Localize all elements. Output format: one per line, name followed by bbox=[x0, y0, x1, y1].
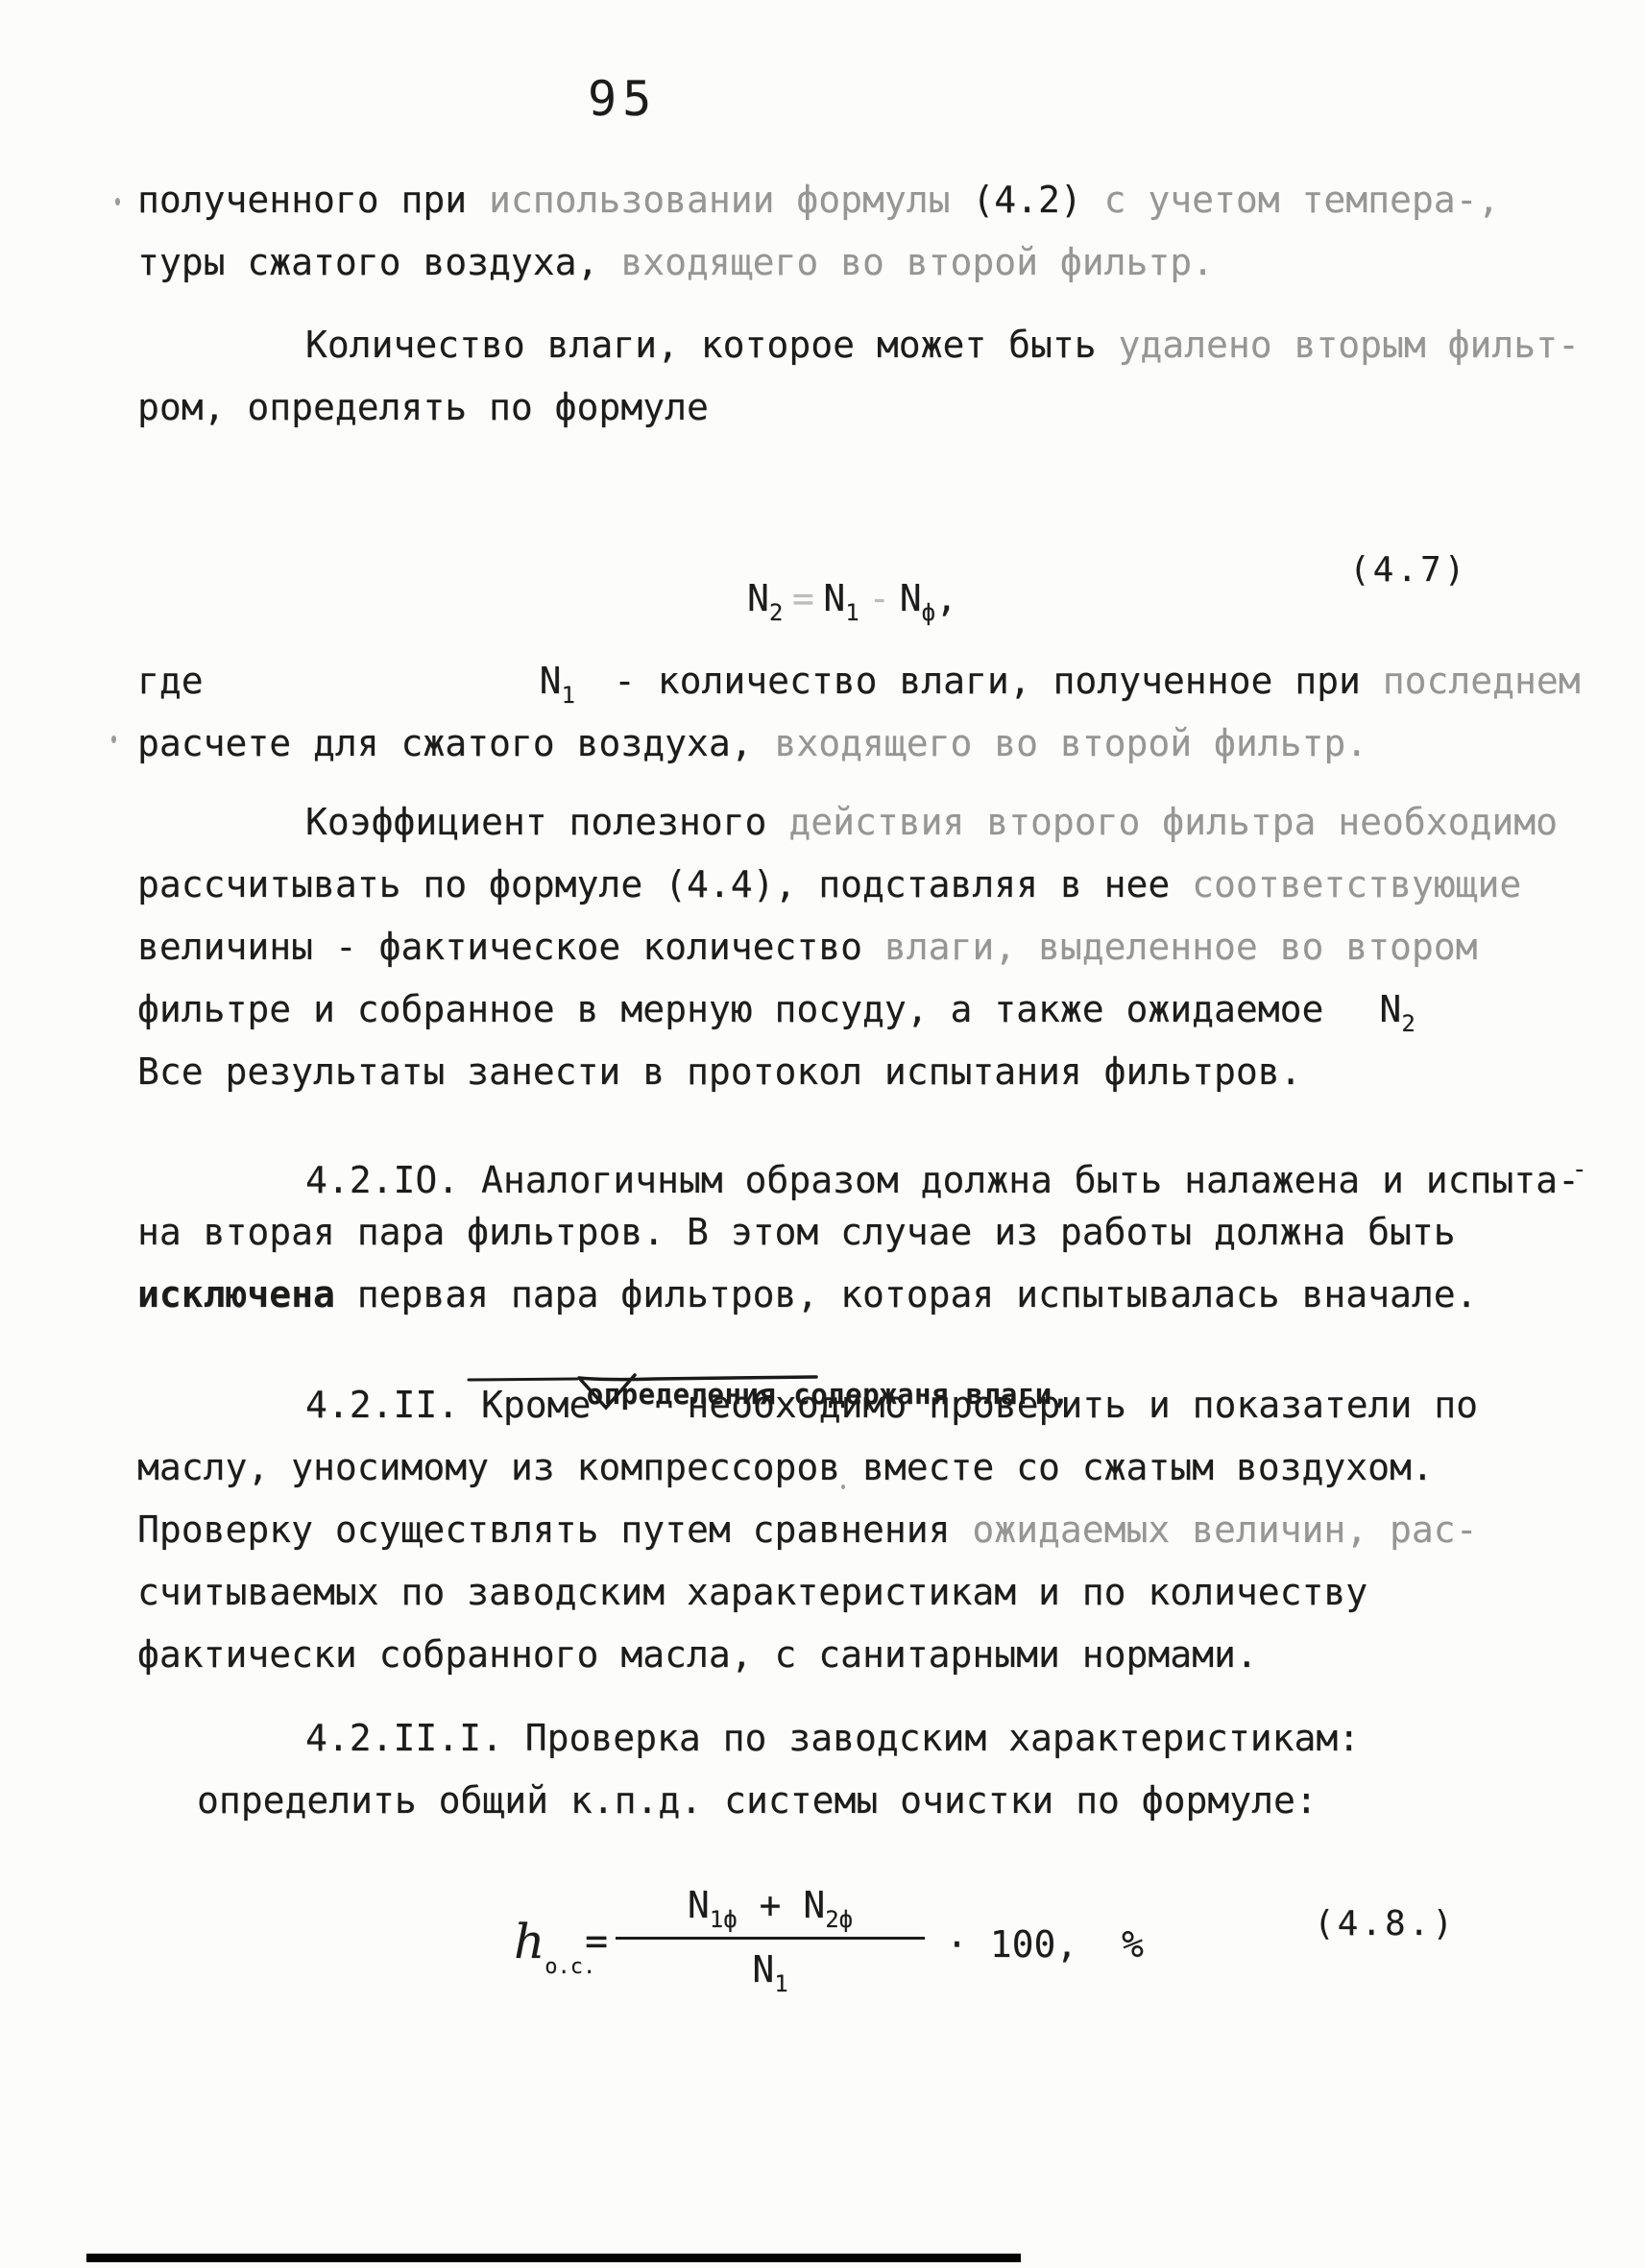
text-line: величины - фактическое количество влаги,… bbox=[137, 925, 1645, 987]
formula-4-7: N2=N1-Nф, (4.7) bbox=[137, 529, 1645, 639]
text-line: фильтре и собранное в мерную посуду, а т… bbox=[137, 987, 1645, 1050]
paragraph: Количество влаги, которое может быть уда… bbox=[137, 323, 1645, 447]
text-segment: N bbox=[540, 660, 562, 702]
scanned-document-page: 95 полученного при использовании формулы… bbox=[0, 0, 1645, 2268]
text-segment: 2 bbox=[1401, 1010, 1415, 1037]
text-segment: Коэффициент полезного bbox=[305, 801, 788, 843]
equation-number-4-7: (4.7) bbox=[1349, 550, 1467, 590]
text-segment: ром, определять по формуле bbox=[137, 386, 709, 428]
paragraph: Коэффициент полезного действия второго ф… bbox=[137, 800, 1645, 1112]
text-line: определить общий к.п.д. системы очистки … bbox=[137, 1778, 1645, 1841]
scan-speck bbox=[115, 198, 120, 205]
text-segment: считываемых по заводским характеристикам… bbox=[137, 1571, 1367, 1613]
text-segment: маслу, уносимому из компрессоров вместе … bbox=[137, 1446, 1434, 1488]
text-segment: Количество влаги, которое может быть bbox=[305, 324, 1118, 366]
equation-number-4-8: (4.8.) bbox=[1314, 1904, 1456, 1943]
text-segment: использовании формулы bbox=[489, 179, 950, 221]
text-line: Коэффициент полезного действия второго ф… bbox=[137, 800, 1645, 862]
text-line: считываемых по заводским характеристикам… bbox=[137, 1570, 1645, 1632]
formula-4-7-expression: N2=N1-Nф, bbox=[571, 535, 957, 668]
text-line: туры сжатого воздуха, входящего во второ… bbox=[137, 240, 1645, 302]
minus-sign: - bbox=[859, 577, 900, 619]
text-segment: удалено вторым фильт- bbox=[1118, 324, 1579, 366]
text-segment: определить общий к.п.д. системы очистки … bbox=[197, 1779, 1318, 1822]
term-n2: N bbox=[747, 577, 769, 619]
text-line: фактически собранного масла, с санитарны… bbox=[137, 1632, 1645, 1695]
text-segment: входящего во второй фильтр. bbox=[774, 722, 1367, 764]
text-segment: 4.2.IO. Аналогичным образом должна быть … bbox=[305, 1159, 1580, 1201]
paragraph: 4.2.II. Кроменеобходимо проверить и пока… bbox=[137, 1383, 1645, 1695]
fraction-denominator: N1 bbox=[616, 1940, 925, 2014]
scan-speck bbox=[841, 1484, 845, 1489]
text-segment: - bbox=[1572, 1155, 1587, 1184]
efficiency-symbol: hо.с. bbox=[514, 1918, 595, 1991]
text-segment: величины - фактическое количество bbox=[137, 926, 884, 968]
text-segment: , bbox=[1478, 179, 1500, 221]
text-line: 4.2.II.I. Проверка по заводским характер… bbox=[137, 1716, 1645, 1778]
term-nf: N bbox=[900, 577, 922, 619]
equals-sign: = bbox=[783, 577, 823, 619]
text-segment: Проверку осуществлять путем сравнения bbox=[137, 1508, 972, 1551]
handwritten-insert-note: определения содержаня влаги, bbox=[483, 1342, 1645, 1385]
text-line: 4.2.IO. Аналогичным образом должна быть … bbox=[137, 1147, 1645, 1210]
text-segment: влаги, выделенное во втором bbox=[884, 926, 1478, 968]
text-segment: первая пара фильтров, которая испытывала… bbox=[335, 1273, 1478, 1315]
text-segment: расчете для сжатого воздуха, bbox=[137, 722, 774, 764]
text-segment: входящего во второй фильтр. bbox=[620, 241, 1214, 283]
fraction: N1ф + N2ф N1 bbox=[616, 1879, 925, 2014]
text-segment: последнем bbox=[1383, 660, 1581, 702]
text-segment: рассчитывать по формуле (4.4), подставля… bbox=[137, 863, 1192, 905]
text-line: полученного при использовании формулы (4… bbox=[137, 178, 1645, 240]
text-segment: (4.2) bbox=[950, 179, 1103, 221]
scan-speck bbox=[111, 736, 116, 743]
fraction-numerator: N1ф + N2ф bbox=[616, 1879, 925, 1937]
document-body: полученного при использовании формулы (4… bbox=[137, 0, 1645, 2038]
text-segment: 1 bbox=[562, 682, 575, 709]
paragraph: гдеN1- количество влаги, полученное при … bbox=[137, 659, 1645, 784]
text-segment: действия второго фильтра необходимо bbox=[788, 801, 1558, 843]
text-line: маслу, уносимому из компрессоров вместе … bbox=[137, 1445, 1645, 1508]
text-line: Проверку осуществлять путем сравнения ож… bbox=[137, 1508, 1645, 1570]
text-line: расчете для сжатого воздуха, входящего в… bbox=[137, 721, 1645, 784]
paragraph: полученного при использовании формулы (4… bbox=[137, 178, 1645, 302]
insert-caret-mark bbox=[464, 1370, 829, 1414]
paragraph: 4.2.IO. Аналогичным образом должна быть … bbox=[137, 1147, 1645, 1335]
formula-4-8: hо.с. = N1ф + N2ф N1 · 100, % (4.8.) bbox=[137, 1879, 1645, 2038]
text-segment: N bbox=[1379, 988, 1401, 1030]
paragraph: 4.2.II.I. Проверка по заводским характер… bbox=[137, 1716, 1645, 1841]
text-segment: с учетом темпера- bbox=[1104, 179, 1478, 221]
text-line: исключена первая пара фильтров, которая … bbox=[137, 1272, 1645, 1335]
text-segment: соответствующие bbox=[1192, 863, 1521, 905]
text-segment: Все результаты занести в протокол испыта… bbox=[137, 1050, 1302, 1093]
scan-artifact-bar bbox=[86, 2254, 1021, 2262]
text-line: Количество влаги, которое может быть уда… bbox=[137, 323, 1645, 385]
equals-sign: = bbox=[585, 1919, 608, 1964]
multiplier-percent: · 100, % bbox=[946, 1923, 1144, 1966]
text-segment: фильтре и собранное в мерную посуду, а т… bbox=[137, 988, 1323, 1030]
text-segment: исключена bbox=[137, 1273, 335, 1315]
text-segment: туры сжатого воздуха, bbox=[137, 241, 620, 283]
text-segment: на вторая пара фильтров. В этом случае и… bbox=[137, 1211, 1456, 1253]
text-line: рассчитывать по формуле (4.4), подставля… bbox=[137, 862, 1645, 925]
text-line: Все результаты занести в протокол испыта… bbox=[137, 1050, 1645, 1112]
text-segment: где bbox=[137, 660, 204, 702]
text-segment: ожидаемых величин, рас- bbox=[972, 1508, 1477, 1551]
text-line: на вторая пара фильтров. В этом случае и… bbox=[137, 1210, 1645, 1272]
text-segment: полученного при bbox=[137, 179, 489, 221]
term-n1: N bbox=[823, 577, 845, 619]
text-line: ром, определять по формуле bbox=[137, 385, 1645, 447]
text-segment: фактически собранного масла, с санитарны… bbox=[137, 1633, 1258, 1676]
text-segment: 4.2.II.I. Проверка по заводским характер… bbox=[305, 1717, 1360, 1759]
